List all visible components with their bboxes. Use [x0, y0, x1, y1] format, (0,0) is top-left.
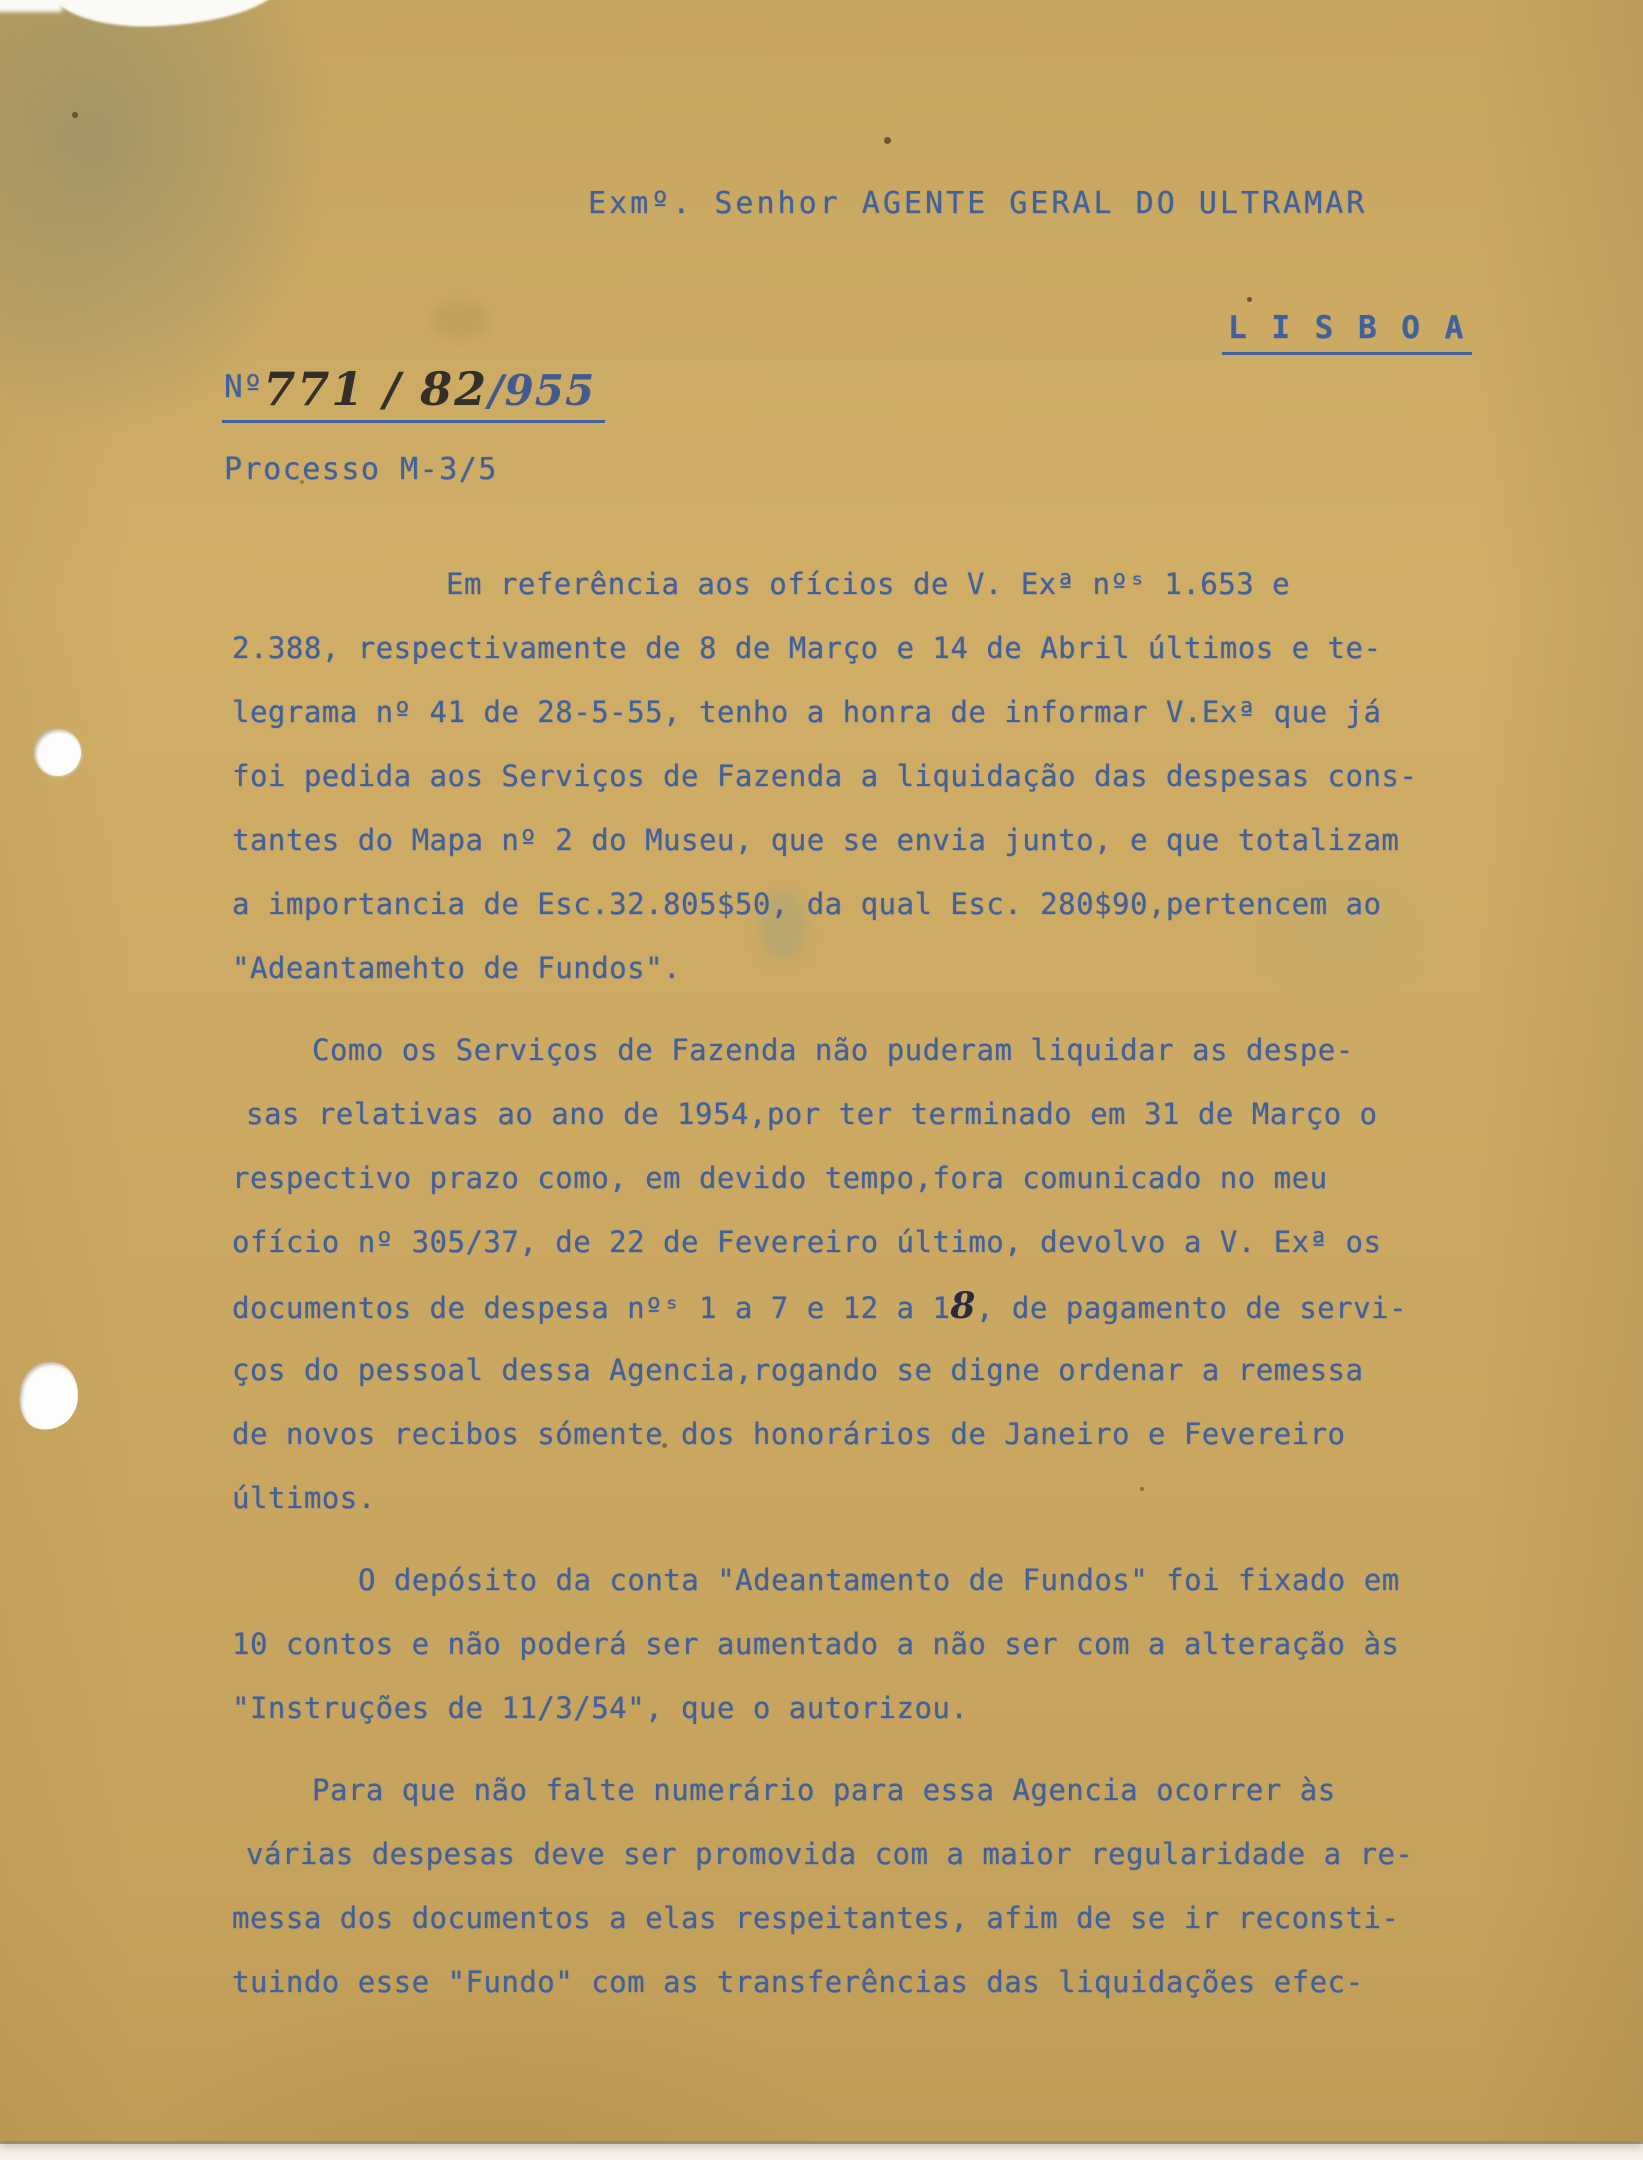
- punch-hole-bottom: [16, 1358, 83, 1433]
- paragraph-2: Como os Serviços de Fazenda não puderam …: [232, 1018, 1428, 1530]
- body-line: sas relativas ao ano de 1954,por ter ter…: [232, 1082, 1428, 1146]
- body-line: O depósito da conta "Adeantamento de Fun…: [232, 1548, 1428, 1612]
- aged-paper-sheet: Exmº. Senhor AGENTE GERAL DO ULTRAMAR L …: [0, 0, 1643, 2141]
- paper-smudge: [430, 300, 490, 340]
- process-line: Processo M-3/5: [224, 452, 498, 487]
- body-line: respectivo prazo como, em devido tempo,f…: [232, 1146, 1428, 1210]
- paper-speck: [1247, 297, 1252, 302]
- paragraph-1: Em referência aos ofícios de V. Exª nºˢ …: [232, 552, 1428, 1000]
- body-line: várias despesas deve ser promovida com a…: [232, 1822, 1428, 1886]
- reference-number-line: Nº771 / 82/955: [222, 362, 605, 423]
- body-line: ofício nº 305/37, de 22 de Fevereiro últ…: [232, 1210, 1428, 1274]
- recipient-line: Exmº. Senhor AGENTE GERAL DO ULTRAMAR: [588, 186, 1367, 221]
- body-line: 10 contos e não poderá ser aumentado a n…: [232, 1612, 1428, 1676]
- torn-corner-notch-small: [0, 0, 62, 12]
- reference-typed-year: /955: [488, 366, 595, 415]
- body-line: tantes do Mapa nº 2 do Museu, que se env…: [232, 808, 1428, 872]
- punch-hole-top: [34, 729, 81, 776]
- city-line: L I S B O A: [1222, 310, 1472, 355]
- body-line: Para que não falte numerário para essa A…: [232, 1758, 1428, 1822]
- scanned-letter-page: { "document": { "recipient_line": "Exmº.…: [0, 0, 1643, 2160]
- body-line: 2.388, respectivamente de 8 de Março e 1…: [232, 616, 1428, 680]
- torn-corner-notch: [49, 0, 285, 29]
- body-line: Como os Serviços de Fazenda não puderam …: [232, 1018, 1428, 1082]
- body-line: messa dos documentos a elas respeitantes…: [232, 1886, 1428, 1950]
- reference-handwritten-number: 771 / 82: [263, 362, 488, 416]
- body-line: legrama nº 41 de 28-5-55, tenho a honra …: [232, 680, 1428, 744]
- body-line: foi pedida aos Serviços de Fazenda a liq…: [232, 744, 1428, 808]
- body-line: "Instruções de 11/3/54", que o autorizou…: [232, 1676, 1428, 1740]
- body-line: a importancia de Esc.32.805$50, da qual …: [232, 872, 1428, 936]
- body-line-with-handwritten-digit: documentos de despesa nºˢ 1 a 7 e 12 a 1…: [232, 1274, 1428, 1338]
- body-line: últimos.: [232, 1466, 1428, 1530]
- reference-prefix: Nº: [224, 369, 263, 405]
- paper-speck: [72, 112, 78, 118]
- letter-body: Em referência aos ofícios de V. Exª nºˢ …: [232, 552, 1428, 2032]
- paper-speck: [884, 137, 891, 144]
- paragraph-4: Para que não falte numerário para essa A…: [232, 1758, 1428, 2014]
- body-line: tuindo esse "Fundo" com as transferência…: [232, 1950, 1428, 2014]
- body-line: Em referência aos ofícios de V. Exª nºˢ …: [232, 552, 1428, 616]
- handwritten-overwrite-digit: 8: [950, 1285, 976, 1327]
- body-line-segment: , de pagamento de servi-: [976, 1291, 1407, 1325]
- body-line-segment: documentos de despesa nºˢ 1 a 7 e 12 a 1: [232, 1291, 950, 1325]
- body-line: "Adeantamehto de Fundos".: [232, 936, 1428, 1000]
- body-line: de novos recibos sómente dos honorários …: [232, 1402, 1428, 1466]
- body-line: ços do pessoal dessa Agencia,rogando se …: [232, 1338, 1428, 1402]
- paragraph-3: O depósito da conta "Adeantamento de Fun…: [232, 1548, 1428, 1740]
